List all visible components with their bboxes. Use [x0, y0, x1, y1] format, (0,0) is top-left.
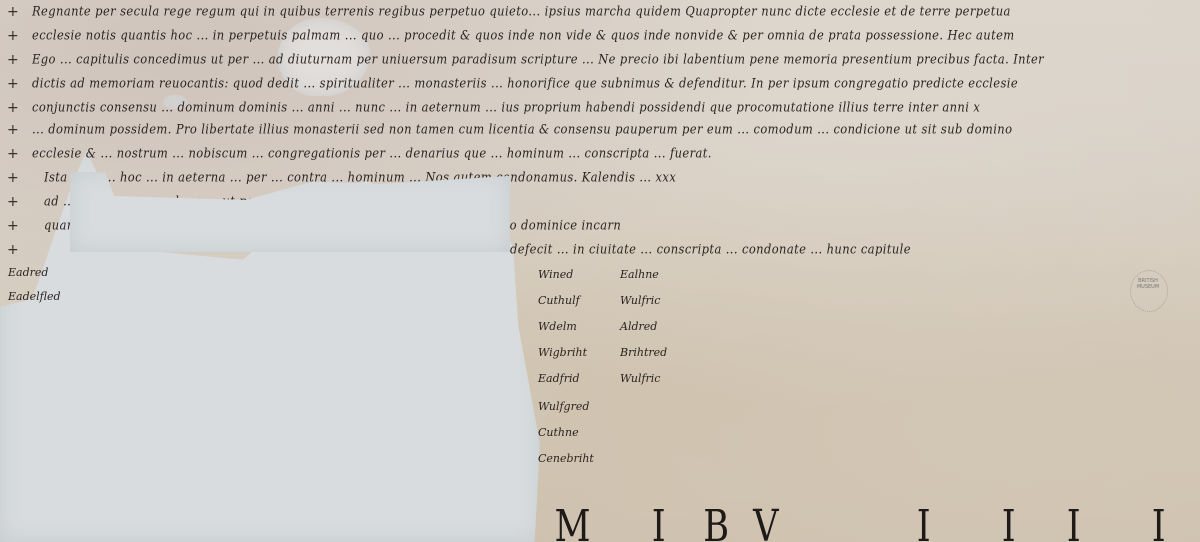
witness-name: Brihtred [620, 346, 667, 359]
witness-name: Eadfrid [538, 372, 580, 385]
cross-mark: + [7, 122, 19, 138]
cross-mark: + [7, 4, 19, 20]
museum-stamp-label: BRITISH MUSEUM [1130, 278, 1166, 290]
witness-name: Wined [538, 268, 573, 281]
witness-name: Eadelfled [8, 290, 61, 303]
charter-line: ecclesie notis quantis hoc ... in perpet… [32, 27, 1192, 43]
museum-stamp-icon [1130, 270, 1168, 312]
witness-name: Wulfric [620, 294, 660, 307]
witness-name: Ealhne [620, 268, 659, 281]
cross-mark: + [7, 76, 19, 92]
monogram-letter: I [1152, 505, 1166, 542]
monogram-letter: M [555, 505, 591, 542]
cross-mark: + [7, 218, 19, 234]
witness-name: Wulfgred [538, 400, 589, 413]
witness-name: Aldred [620, 320, 657, 333]
cross-mark: + [7, 28, 19, 44]
cross-mark: + [7, 242, 19, 258]
witness-name: Cenebriht [538, 452, 594, 465]
charter-line: conjunctis consensu ... dominum dominis … [32, 99, 1192, 115]
cross-mark: + [7, 146, 19, 162]
monogram-letter: I [652, 505, 666, 542]
cross-mark: + [7, 52, 19, 68]
charter-line: defecit ... in ciuitate ... conscripta .… [510, 241, 1192, 257]
witness-name: Eadred [8, 266, 48, 279]
witness-name: Cuthulf [538, 294, 580, 307]
charter-line: ecclesie & ... nostrum ... nobiscum ... … [32, 145, 1192, 161]
charter-line: Ego ... capitulis concedimus ut per ... … [32, 51, 1192, 67]
witness-name: Wigbriht [538, 346, 587, 359]
monogram-letter: I [1002, 505, 1016, 542]
charter-line: Regnante per secula rege regum qui in qu… [32, 3, 1192, 19]
charter-line: Ista ... in ... hoc ... in aeterna ... p… [44, 169, 1192, 185]
monogram-letter: V [753, 505, 778, 542]
monogram-letter: B [703, 505, 729, 542]
cross-mark: + [7, 170, 19, 186]
monogram-letter: I [917, 505, 931, 542]
charter-line: ... dominum possidem. Pro libertate illi… [32, 121, 1192, 137]
witness-name: Wdelm [538, 320, 577, 333]
witness-name: Cuthne [538, 426, 579, 439]
cross-mark: + [7, 194, 19, 210]
witness-name: Wulfric [620, 372, 660, 385]
charter-line: dictis ad memoriam reuocantis: quod dedi… [32, 75, 1192, 91]
monogram-letter: I [1067, 505, 1081, 542]
cross-mark: + [7, 100, 19, 116]
